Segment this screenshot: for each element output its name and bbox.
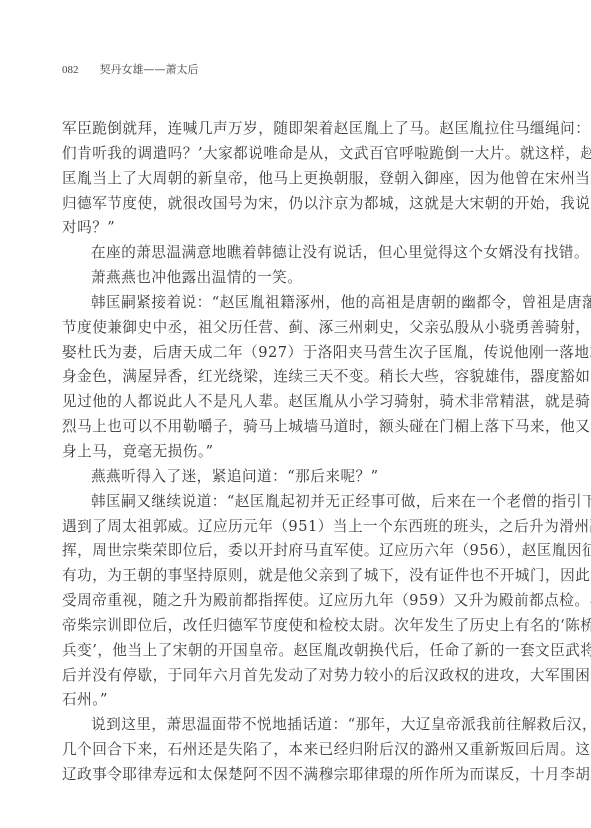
text-line: 兵变’，他当上了宋朝的开国皇帝。赵匡胤改朝换代后，任命了新的一套文臣武将 [62,639,508,664]
book-title: 契丹女雄——萧太后 [100,63,199,76]
text-line: 烈马上也可以不用勒嚼子，骑马上城墙马道时，额头碰在门楣上落下马来，他又起 [62,415,508,440]
body-text: 军臣跪倒就拜，连喊几声万岁，随即架着赵匡胤上了马。赵匡胤拉住马缰绳问：‘他们肯听… [62,117,508,788]
text-line: 娶杜氏为妻，后唐天成二年（927）于洛阳夹马营生次子匡胤，传说他刚一落地就遍 [62,341,508,366]
text-line: 在座的萧思温满意地瞧着韩德让没有说话，但心里觉得这个女婿没有找错。 [62,241,508,266]
text-line: 有功，为王朝的事坚持原则，就是他父亲到了城下，没有证件也不开城门，因此深 [62,564,508,589]
text-line: 韩匡嗣紧接着说：“赵匡胤祖籍涿州，他的高祖是唐朝的幽都令，曾祖是唐藩镇 [62,291,508,316]
text-line: 韩匡嗣又继续说道：“赵匡胤起初并无正经事可做，后来在一个老僧的指引下， [62,490,508,515]
text-line: 燕燕听得入了迷，紧追问道：“那后来呢？” [62,465,508,490]
text-line: 身金色，满屋异香，红光绕梁，连续三天不变。稍长大些，容貌雄伟，器度豁如， [62,365,508,390]
text-line: 遇到了周太祖郭威。辽应历元年（951）当上一个东西班的班头，之后升为滑州副指 [62,515,508,540]
text-line: 们肯听我的调遣吗？’大家都说唯命是从，文武百官呼啦跪倒一大片。就这样，赵 [62,142,508,167]
text-line: 匡胤当上了大周朝的新皇帝，他马上更换朝服，登朝入御座，因为他曾在宋州当过 [62,167,508,192]
text-line: 后并没有停歇，于同年六月首先发动了对势力较小的后汉政权的进攻，大军围困了 [62,664,508,689]
text-line: 几个回合下来，石州还是失陷了，本来已经归附后汉的潞州又重新叛回后周。这时 [62,738,508,763]
text-line: 帝柴宗训即位后，改任归德军节度使和检校太尉。次年发生了历史上有名的‘陈桥 [62,614,508,639]
text-line: 石州。” [62,688,508,713]
page-number: 082 [62,64,90,76]
running-header: 082 契丹女雄——萧太后 [62,61,199,77]
text-line: 挥，周世宗柴荣即位后，委以开封府马直军使。辽应历六年（956），赵匡胤因征战 [62,539,508,564]
text-line: 萧燕燕也冲他露出温情的一笑。 [62,266,508,291]
text-line: 辽政事令耶律寿远和太保楚阿不因不满穆宗耶律璟的所作所为而谋反，十月李胡之 [62,763,508,788]
text-line: 见过他的人都说此人不是凡人辈。赵匡胤从小学习骑射，骑术非常精湛，就是骑在 [62,390,508,415]
text-line: 归德军节度使，就很改国号为宋，仍以汴京为都城，这就是大宋朝的开始，我说得 [62,192,508,217]
text-line: 身上马，竟毫无损伤。” [62,440,508,465]
text-line: 受周帝重视，随之升为殿前都指挥使。辽应历九年（959）又升为殿前都点检。小皇 [62,589,508,614]
text-line: 军臣跪倒就拜，连喊几声万岁，随即架着赵匡胤上了马。赵匡胤拉住马缰绳问：‘他 [62,117,508,142]
text-line: 说到这里，萧思温面带不悦地插话道：“那年，大辽皇帝派我前往解救后汉， [62,713,508,738]
text-line: 节度使兼御史中丞，祖父历任营、蓟、涿三州刺史，父亲弘殷从小骁勇善骑射，后 [62,316,508,341]
text-line: 对吗？” [62,216,508,241]
